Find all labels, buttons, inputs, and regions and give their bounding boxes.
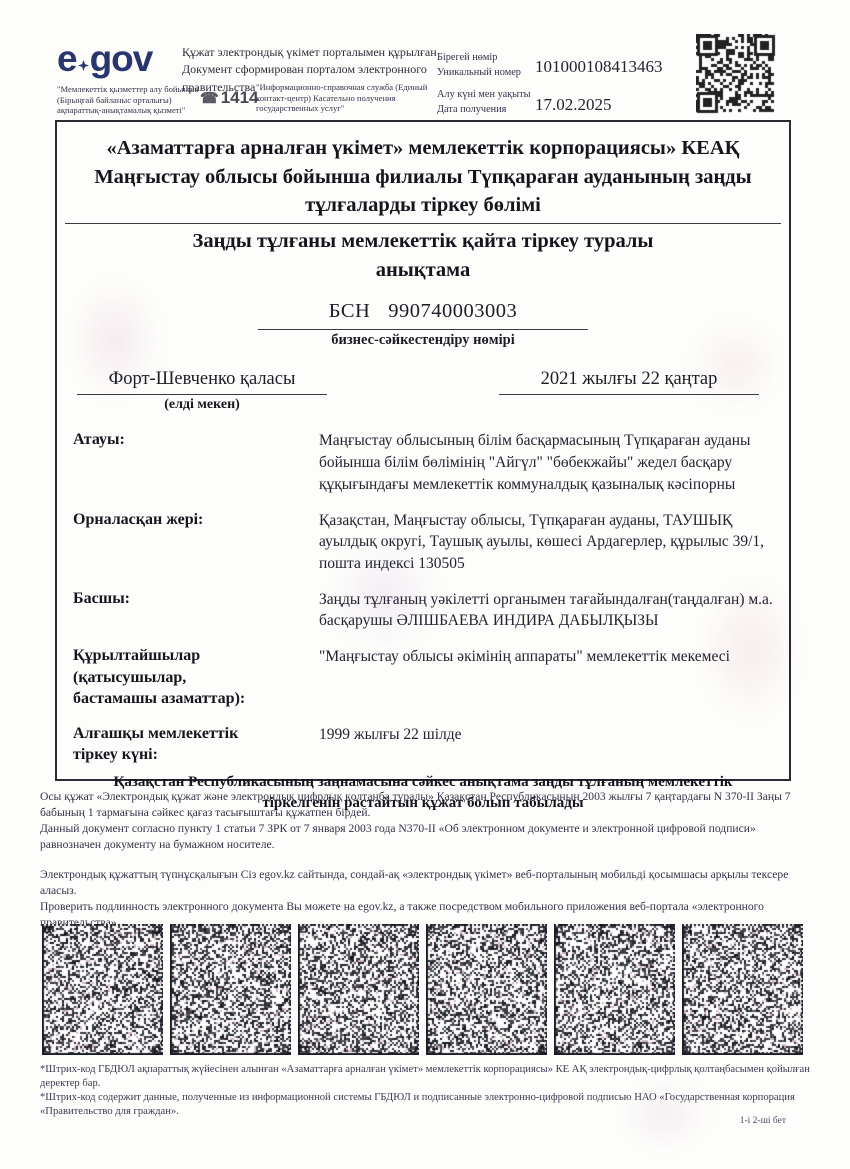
document-page: egov Құжат электрондық үкімет порталымен… bbox=[0, 0, 850, 1169]
datamatrix-barcode bbox=[426, 924, 547, 1055]
document-header: egov Құжат электрондық үкімет порталымен… bbox=[0, 0, 850, 120]
field-label: Құрылтайшылар (қатысушылар, бастамашы аз… bbox=[73, 645, 319, 710]
contact-phone: ☎1414 bbox=[200, 88, 259, 108]
issuing-org-title: «Азаматтарға арналған үкімет» мемлекетті… bbox=[70, 134, 776, 220]
page-indicator: 1-і 2-ші бет bbox=[740, 1116, 786, 1126]
date-block: 2021 жылғы 22 қаңтар bbox=[499, 369, 759, 413]
certificate-box: «Азаматтарға арналған үкімет» мемлекетті… bbox=[55, 120, 791, 781]
header-meta: Бірегей нөмір Уникальный номер 101000108… bbox=[437, 50, 687, 118]
field-value: Заңды тұлғаның уәкілетті органымен тағай… bbox=[319, 588, 773, 632]
legal-disclaimer: Осы құжат «Электрондық құжат және электр… bbox=[40, 789, 812, 931]
certificate-fields: Атауы: Маңғыстау облысының білім басқарм… bbox=[73, 429, 773, 765]
field-value: Маңғыстау облысының білім басқармасының … bbox=[319, 429, 773, 495]
field-row-founders: Құрылтайшылар (қатысушылар, бастамашы аз… bbox=[73, 645, 773, 710]
phone-number: 1414 bbox=[221, 88, 259, 107]
egov-logo-e: e bbox=[57, 38, 77, 79]
legal-para-ru-1: Данный документ согласно пункту 1 статьи… bbox=[40, 821, 812, 853]
datamatrix-barcode bbox=[682, 924, 803, 1055]
received-date-value: 17.02.2025 bbox=[535, 92, 612, 118]
bsn-row: БСН990740003003 bbox=[69, 300, 777, 323]
legal-para-kk-2: Электрондық құжаттың түпнұсқалығын Сіз e… bbox=[40, 867, 812, 899]
place-block: Форт-Шевченко қаласы (елді мекен) bbox=[77, 369, 327, 413]
egov-logo-star-icon bbox=[78, 40, 89, 51]
field-label: Басшы: bbox=[73, 588, 319, 632]
egov-logo-gov: gov bbox=[90, 38, 153, 79]
place-caption: (елді мекен) bbox=[77, 397, 327, 413]
contact-center-note-ru: "Информационно-справочная служба (Единый… bbox=[256, 82, 442, 114]
registration-date-value: 2021 жылғы 22 қаңтар bbox=[499, 369, 759, 395]
contact-center-note-kk: "Мемлекеттік қызметтер алу бойынша (Біры… bbox=[57, 84, 199, 116]
legal-para-kk-1: Осы құжат «Электрондық құжат және электр… bbox=[40, 789, 812, 821]
datamatrix-barcode bbox=[298, 924, 419, 1055]
field-row-name: Атауы: Маңғыстау облысының білім басқарм… bbox=[73, 429, 773, 495]
egov-logo: egov bbox=[57, 40, 152, 77]
barcode-strip bbox=[42, 924, 803, 1055]
qr-code bbox=[696, 34, 776, 119]
field-value: Қазақстан, Маңғыстау облысы, Түпқараған … bbox=[319, 509, 773, 575]
place-value: Форт-Шевченко қаласы bbox=[77, 369, 327, 395]
datamatrix-barcode bbox=[554, 924, 675, 1055]
datamatrix-barcode bbox=[42, 924, 163, 1055]
footnote-kk: *Штрих-код ГБДЮЛ ақпараттық жүйесінен ал… bbox=[40, 1063, 812, 1091]
document-title: Заңды тұлғаны мемлекеттік қайта тіркеу т… bbox=[143, 227, 703, 284]
barcode-footnotes: *Штрих-код ГБДЮЛ ақпараттық жүйесінен ал… bbox=[40, 1063, 812, 1119]
generated-note-kk: Құжат электрондық үкімет порталымен құры… bbox=[182, 44, 442, 61]
field-label: Алғашқы мемлекеттік тіркеу күні: bbox=[73, 723, 319, 766]
field-label: Орналасқан жері: bbox=[73, 509, 319, 575]
field-row-first-registration: Алғашқы мемлекеттік тіркеу күні: 1999 жы… bbox=[73, 723, 773, 766]
field-value: "Маңғыстау облысы әкімінің аппараты" мем… bbox=[319, 645, 773, 710]
bsn-value: 990740003003 bbox=[388, 300, 517, 322]
field-label: Атауы: bbox=[73, 429, 319, 495]
bsn-label: БСН bbox=[329, 300, 371, 322]
unique-number-value: 101000108413463 bbox=[535, 54, 663, 80]
bsn-caption: бизнес-сәйкестендіру нөмірі bbox=[69, 332, 777, 349]
footnote-ru: *Штрих-код содержит данные, полученные и… bbox=[40, 1091, 812, 1119]
field-row-location: Орналасқан жері: Қазақстан, Маңғыстау об… bbox=[73, 509, 773, 575]
title-divider bbox=[65, 223, 781, 224]
place-date-row: Форт-Шевченко қаласы (елді мекен) 2021 ж… bbox=[77, 369, 759, 413]
phone-icon: ☎ bbox=[200, 90, 219, 107]
field-value: 1999 жылғы 22 шілде bbox=[319, 723, 773, 766]
field-row-head: Басшы: Заңды тұлғаның уәкілетті органыме… bbox=[73, 588, 773, 632]
bsn-divider bbox=[258, 329, 588, 330]
datamatrix-barcode bbox=[170, 924, 291, 1055]
